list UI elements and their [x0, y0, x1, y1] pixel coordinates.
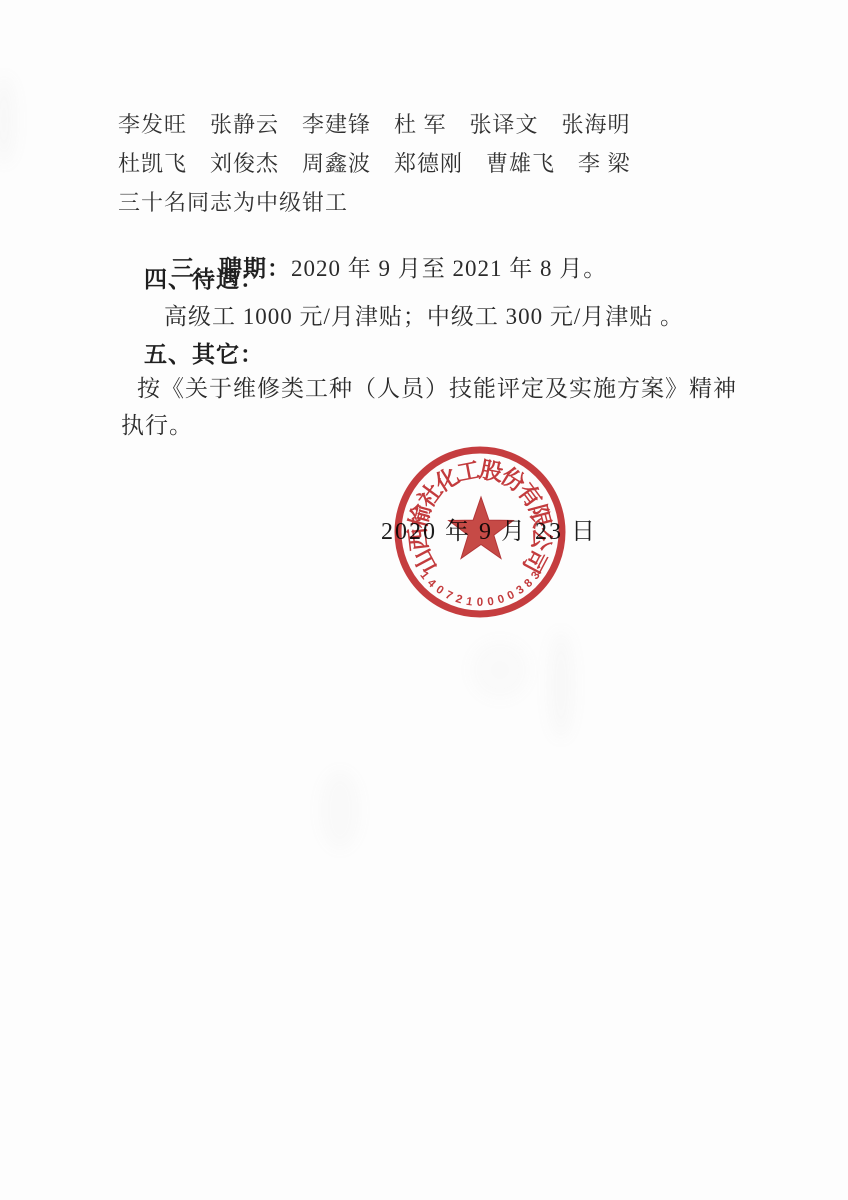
- seal-serial-digit: 0: [496, 593, 506, 606]
- company-seal: 山西榆社化工股份有限公司1407210000383: [370, 422, 590, 642]
- seal-serial-digit: 7: [443, 589, 454, 603]
- section-3-text: 2020 年 9 月至 2021 年 8 月。: [291, 256, 607, 281]
- seal-star-icon: [449, 497, 514, 559]
- allowance-text: 高级工 1000 元/月津贴；中级工 300 元/月津贴 。: [164, 298, 684, 331]
- seal-serial-digit: 0: [506, 589, 517, 603]
- seal-serial-digit: 0: [477, 597, 483, 609]
- names-line-2: 杜凯飞 刘俊杰 周鑫波 郑德刚 曹雄飞 李 梁: [118, 147, 631, 178]
- scan-smudge: [0, 75, 16, 165]
- seal-serial-digit: 3: [514, 584, 526, 598]
- scan-smudge: [470, 640, 530, 700]
- seal-serial-digit: 0: [434, 584, 446, 598]
- document-page: 李发旺 张静云 李建锋 杜 军 张译文 张海明 杜凯飞 刘俊杰 周鑫波 郑德刚 …: [0, 0, 848, 1200]
- names-line-1: 李发旺 张静云 李建锋 杜 军 张译文 张海明: [118, 108, 631, 139]
- seal-serial-digit: 2: [454, 593, 464, 606]
- scan-smudge: [320, 770, 360, 850]
- scan-smudge: [548, 630, 574, 740]
- section-4-label: 四、待遇：: [144, 261, 264, 294]
- other-provision-line-1: 按《关于维修类工种（人员）技能评定及实施方案》精神: [137, 370, 737, 403]
- seal-serial-digit: 1: [465, 596, 474, 609]
- section-5-label: 五、其它：: [144, 336, 264, 369]
- seal-company-name-char: 限: [524, 502, 554, 531]
- other-provision-line-2: 执行。: [121, 407, 193, 440]
- seal-serial-digit: 0: [487, 596, 495, 609]
- names-line-3: 三十名同志为中级钳工: [118, 186, 348, 217]
